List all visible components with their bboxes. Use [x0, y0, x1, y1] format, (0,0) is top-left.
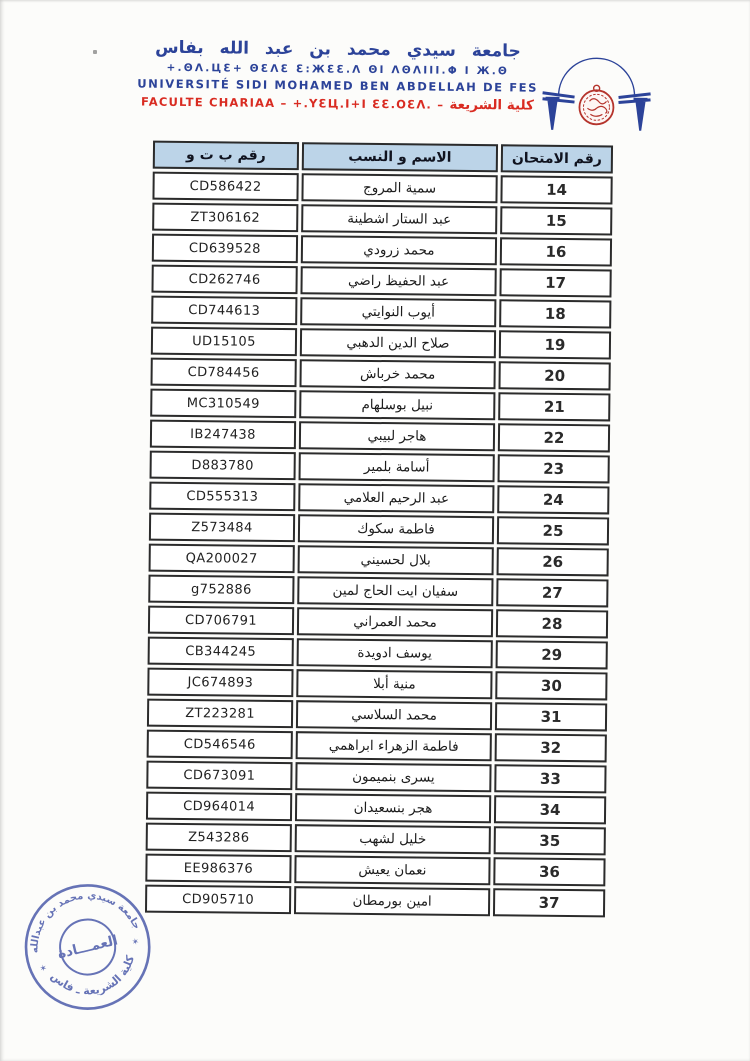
sheet-content: جامعة سيدي محمد بن عبد الله بفاس +.ΘΛ.ЦƐ…	[0, 0, 750, 1061]
university-name-arabic: جامعة سيدي محمد بن عبد الله بفاس	[123, 37, 553, 62]
cin-cell: CD905710	[145, 885, 291, 915]
exam-number-cell: 23	[498, 454, 610, 483]
exam-number-cell: 30	[495, 671, 607, 700]
exam-number-cell: 24	[497, 485, 609, 514]
exam-number-cell: 29	[496, 640, 608, 669]
table-row: 36نعمان يعيشEE986376	[145, 854, 605, 887]
table-row: 20محمد خرباشCD784456	[151, 358, 611, 391]
table-row: 17عبد الحفيظ راضيCD262746	[151, 265, 611, 298]
cin-cell: ZT223281	[147, 699, 293, 729]
table-row: 14سمية المروجCD586422	[152, 172, 612, 205]
cin-cell: JC674893	[147, 668, 293, 698]
scanned-page: جامعة سيدي محمد بن عبد الله بفاس +.ΘΛ.ЦƐ…	[0, 0, 750, 1061]
table-row: 29يوسف ادويدةCB344245	[148, 637, 608, 670]
student-name-cell: عبد الرحيم العلامي	[298, 483, 494, 513]
exam-roster-table: رقم الامتحان الاسم و النسب رقم ب ت و 14س…	[142, 138, 616, 921]
student-name-cell: هاجر لبيبي	[299, 421, 495, 451]
cin-cell: Z573484	[149, 513, 295, 543]
student-name-cell: أسامة بلمير	[299, 452, 495, 482]
cin-cell: EE986376	[145, 854, 291, 884]
student-name-cell: صلاح الدين الدهبي	[300, 328, 496, 358]
cin-cell: CD673091	[146, 761, 292, 791]
table-row: 28محمد العمرانيCD706791	[148, 606, 608, 639]
table-row: 32فاطمة الزهراء ابراهميCD546546	[147, 730, 607, 763]
medallion-shape	[579, 85, 613, 124]
cin-cell: QA200027	[149, 544, 295, 574]
table-row: 30منية أبلاJC674893	[147, 668, 607, 701]
student-name-cell: محمد خرباش	[299, 359, 495, 389]
exam-number-cell: 16	[500, 237, 612, 266]
student-name-cell: محمد العمراني	[297, 607, 493, 637]
cin-cell: CD586422	[152, 172, 298, 202]
exam-number-cell: 35	[494, 826, 606, 855]
student-name-cell: عبد الحفيظ راضي	[300, 266, 496, 296]
exam-number-cell: 17	[499, 268, 611, 297]
exam-number-cell: 31	[495, 702, 607, 731]
faculty-name-french: FACULTE CHARIAA –	[141, 95, 293, 111]
exam-number-cell: 14	[500, 175, 612, 204]
student-name-cell: فاطمة سكوك	[298, 514, 494, 544]
exam-number-cell: 15	[500, 206, 612, 235]
table-row: 25فاطمة سكوكZ573484	[149, 513, 609, 546]
cin-cell: ZT306162	[152, 203, 298, 233]
table-row: 21نبيل بوسلهامMC310549	[150, 389, 610, 422]
exam-number-cell: 36	[493, 857, 605, 886]
student-name-cell: خليل لشهب	[295, 824, 491, 854]
table-body: 14سمية المروجCD58642215عبد الستار اشطينة…	[145, 172, 613, 918]
cin-cell: D883780	[150, 451, 296, 481]
exam-number-cell: 18	[499, 299, 611, 328]
table-row: 31محمد السلاسيZT223281	[147, 699, 607, 732]
table-row: 18أيوب النوايتيCD744613	[151, 296, 611, 329]
cin-cell: CD744613	[151, 296, 297, 326]
table-row: 35خليل لشهبZ543286	[146, 823, 606, 856]
cin-cell: CB344245	[148, 637, 294, 667]
col-header-exam-number: رقم الامتحان	[501, 144, 613, 173]
col-header-student-name: الاسم و النسب	[302, 142, 498, 172]
stamp-right-star-icon: ✶	[131, 937, 140, 948]
faculty-name-tifinagh: +.ΥƐЦ.Ι+Ι ƐƐ.ΟƐΛ. –	[293, 96, 450, 112]
table-row: 23أسامة بلميرD883780	[150, 451, 610, 484]
faculty-name-arabic: كلية الشريعة	[449, 97, 534, 114]
exam-number-cell: 19	[499, 330, 611, 359]
cin-cell: CD964014	[146, 792, 292, 822]
table-row: 27سفيان ايت الحاج لمينg752886	[148, 575, 608, 608]
exam-number-cell: 25	[497, 516, 609, 545]
exam-number-cell: 32	[495, 733, 607, 762]
table-row: 33يسرى بنميمونCD673091	[146, 761, 606, 794]
cin-cell: CD546546	[147, 730, 293, 760]
faculty-name-line: FACULTE CHARIAA – +.ΥƐЦ.Ι+Ι ƐƐ.ΟƐΛ. – كل…	[122, 93, 552, 114]
table-row: 24عبد الرحيم العلاميCD555313	[149, 482, 609, 515]
university-name-tifinagh: +.ΘΛ.ЦƐ+ ΘƐΛƐ Ɛ:ЖƐƐ.Λ ΘΙ ΛΘΛΙΙΙ.Φ Ι Ж.Θ	[123, 61, 553, 78]
student-name-cell: هجر بنسعيدان	[295, 793, 491, 823]
cin-cell: g752886	[148, 575, 294, 605]
student-name-cell: يوسف ادويدة	[297, 638, 493, 668]
student-name-cell: امين بورمطان	[294, 886, 490, 916]
cin-cell: CD555313	[149, 482, 295, 512]
student-name-cell: بلال لحسيني	[298, 545, 494, 575]
table-row: 34هجر بنسعيدانCD964014	[146, 792, 606, 825]
exam-number-cell: 34	[494, 795, 606, 824]
stamp-left-star-icon: ✶	[39, 963, 48, 974]
cin-cell: CD639528	[152, 234, 298, 264]
table-row: 26بلال لحسينيQA200027	[149, 544, 609, 577]
student-name-cell: أيوب النوايتي	[300, 297, 496, 327]
cin-cell: UD15105	[151, 327, 297, 357]
table-row: 16محمد زروديCD639528	[152, 234, 612, 267]
student-name-cell: سمية المروج	[301, 173, 497, 203]
student-name-cell: محمد زرودي	[301, 235, 497, 265]
student-name-cell: يسرى بنميمون	[295, 762, 491, 792]
table-row: 15عبد الستار اشطينةZT306162	[152, 203, 612, 236]
exam-number-cell: 22	[498, 423, 610, 452]
cin-cell: IB247438	[150, 420, 296, 450]
student-name-cell: نبيل بوسلهام	[299, 390, 495, 420]
student-name-cell: نعمان يعيش	[294, 855, 490, 885]
exam-number-cell: 33	[494, 764, 606, 793]
university-name-french: UNIVERSITÉ SIDI MOHAMED BEN ABDELLAH DE …	[123, 76, 553, 95]
letterhead: جامعة سيدي محمد بن عبد الله بفاس +.ΘΛ.ЦƐ…	[122, 37, 553, 113]
table-row: 22هاجر لبيبيIB247438	[150, 420, 610, 453]
student-name-cell: محمد السلاسي	[296, 700, 492, 730]
student-name-cell: عبد الستار اشطينة	[301, 204, 497, 234]
table-header: رقم الامتحان الاسم و النسب رقم ب ت و	[153, 141, 613, 174]
exam-number-cell: 26	[497, 547, 609, 576]
col-header-cin: رقم ب ت و	[153, 141, 299, 171]
exam-number-cell: 27	[496, 578, 608, 607]
exam-number-cell: 28	[496, 609, 608, 638]
university-emblem-logo	[534, 46, 659, 139]
student-name-cell: سفيان ايت الحاج لمين	[297, 576, 493, 606]
table-row: 19صلاح الدين الدهبيUD15105	[151, 327, 611, 360]
exam-number-cell: 21	[498, 392, 610, 421]
exam-number-cell: 37	[493, 888, 605, 917]
stamp-center-text: العمـــادة	[56, 933, 119, 963]
header-row: رقم الامتحان الاسم و النسب رقم ب ت و	[153, 141, 613, 174]
exam-number-cell: 20	[498, 361, 610, 390]
cin-cell: MC310549	[150, 389, 296, 419]
cin-cell: CD262746	[151, 265, 297, 295]
table-row: 37امين بورمطانCD905710	[145, 885, 605, 918]
cin-cell: CD706791	[148, 606, 294, 636]
student-name-cell: منية أبلا	[296, 669, 492, 699]
cin-cell: CD784456	[151, 358, 297, 388]
student-name-cell: فاطمة الزهراء ابراهمي	[296, 731, 492, 761]
cin-cell: Z543286	[146, 823, 292, 853]
